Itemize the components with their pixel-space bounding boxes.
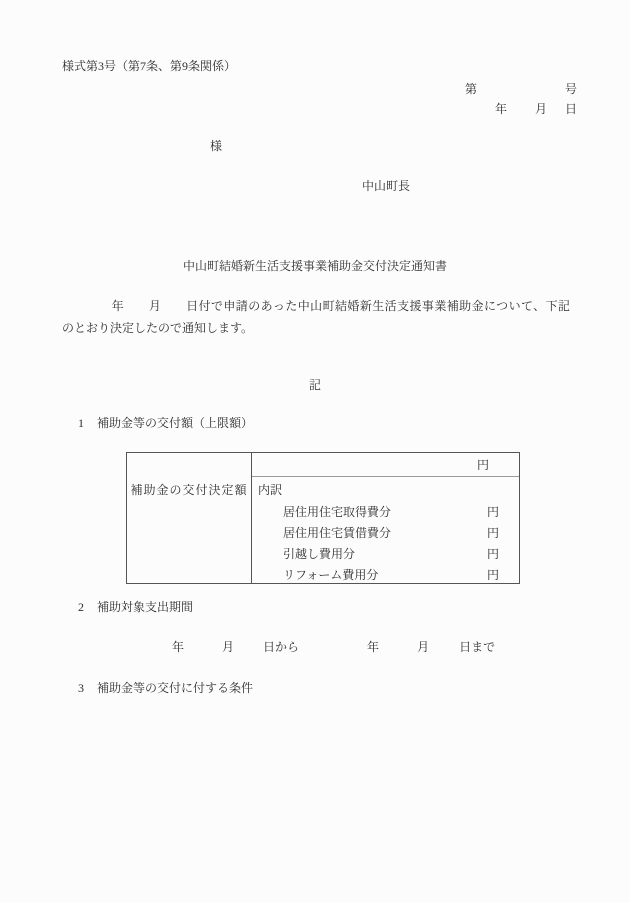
issue-date-year-label: 年 (495, 100, 507, 117)
issue-date-month-label: 月 (535, 100, 547, 117)
breakdown-unit: 円 (487, 503, 499, 520)
doc-number-prefix: 第 (465, 80, 477, 97)
breakdown-unit: 円 (487, 524, 499, 541)
doc-number-line: 第 号 (465, 80, 577, 97)
breakdown-row-housing-rent: 居住用住宅賃借費分 円 (252, 522, 519, 543)
issue-date-line: 年 月 日 (495, 100, 577, 117)
addressee-honorific: 様 (210, 137, 222, 154)
period-month-from-label: 月 (222, 638, 234, 655)
breakdown-row-renovation-cost: リフォーム費用分 円 (252, 564, 519, 585)
period-year-to-label: 年 (367, 638, 379, 655)
section-2-heading: 2 補助対象支出期間 (78, 598, 193, 615)
subsidy-amount-table: 補助金の交付決定額 円 内訳 居住用住宅取得費分 円 居住用住宅賃借費分 円 引… (126, 452, 520, 584)
body-paragraph: 年 月 日付で申請のあった中山町結婚新生活支援事業補助金について、下記 のとおり… (62, 295, 570, 339)
table-amount-cell: 円 内訳 居住用住宅取得費分 円 居住用住宅賃借費分 円 引越し費用分 円 リフ… (252, 453, 519, 583)
section-3-number: 3 (78, 681, 84, 696)
document-page: 様式第3号（第7条、第9条関係） 第 号 年 月 日 様 中山町長 中山町結婚新… (0, 0, 630, 903)
period-day-from-label: 日から (263, 638, 299, 655)
table-row-header: 補助金の交付決定額 (127, 481, 251, 498)
period-day-to-label: 日まで (459, 638, 495, 655)
section-3-title: 補助金等の交付に付する条件 (97, 679, 253, 696)
breakdown-unit: 円 (487, 566, 499, 583)
ki-separator: 記 (0, 376, 630, 393)
breakdown-unit: 円 (487, 545, 499, 562)
breakdown-label: 引越し費用分 (283, 545, 355, 562)
breakdown-label: 居住用住宅賃借費分 (283, 524, 391, 541)
period-line: 年 月 日から 年 月 日まで (172, 638, 495, 655)
table-row-header-cell: 補助金の交付決定額 (127, 453, 252, 583)
issue-date-day-label: 日 (565, 100, 577, 117)
section-1-number: 1 (78, 416, 84, 431)
section-3-heading: 3 補助金等の交付に付する条件 (78, 679, 253, 696)
document-title: 中山町結婚新生活支援事業補助金交付決定通知書 (0, 257, 630, 274)
breakdown-label: リフォーム費用分 (283, 566, 378, 583)
period-month-to-label: 月 (417, 638, 429, 655)
form-number-note: 様式第3号（第7条、第9条関係） (62, 57, 236, 74)
doc-number-suffix: 号 (565, 80, 577, 97)
section-2-title: 補助対象支出期間 (97, 598, 193, 615)
section-1-title: 補助金等の交付額（上限額） (97, 414, 253, 431)
total-amount-unit: 円 (477, 456, 489, 473)
breakdown-row-housing-purchase: 居住用住宅取得費分 円 (252, 501, 519, 522)
section-2-number: 2 (78, 600, 84, 615)
body-line-1: 年 月 日付で申請のあった中山町結婚新生活支援事業補助金について、下記 (62, 295, 570, 317)
total-amount-row: 円 (252, 453, 519, 477)
breakdown-section: 内訳 居住用住宅取得費分 円 居住用住宅賃借費分 円 引越し費用分 円 リフォー… (252, 477, 519, 585)
breakdown-header: 内訳 (252, 480, 519, 501)
body-line-2: のとおり決定したので通知します。 (62, 317, 570, 339)
sender-title: 中山町長 (362, 177, 410, 194)
breakdown-row-moving-cost: 引越し費用分 円 (252, 543, 519, 564)
period-year-from-label: 年 (172, 638, 184, 655)
section-1-heading: 1 補助金等の交付額（上限額） (78, 414, 253, 431)
breakdown-label: 居住用住宅取得費分 (283, 503, 391, 520)
